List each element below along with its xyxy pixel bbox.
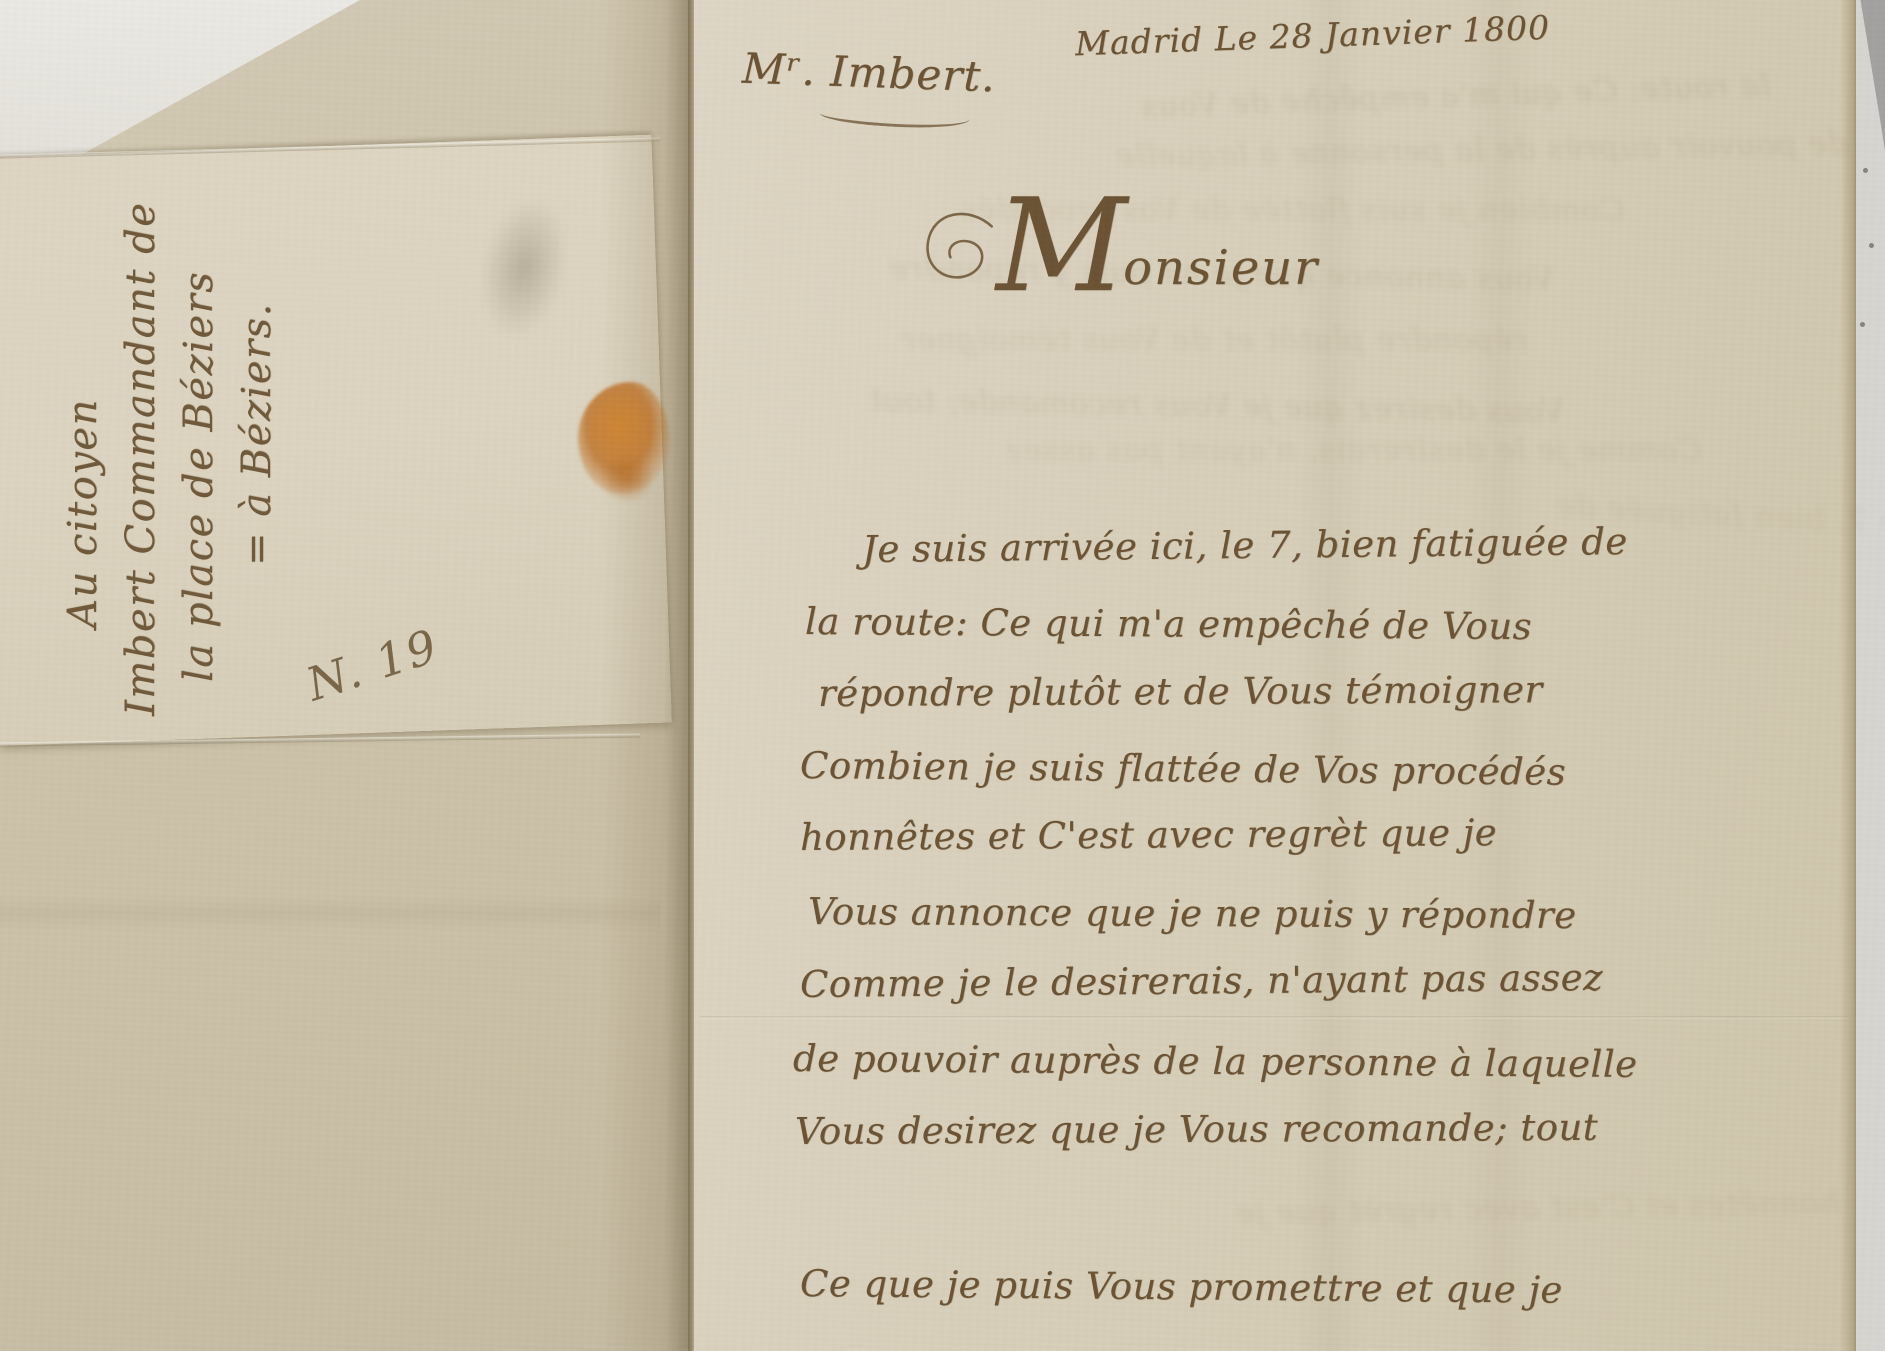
paper-discoloration bbox=[0, 895, 660, 931]
body-line: répondre plutôt et de Vous témoigner bbox=[818, 668, 1543, 715]
address-line: = à Béziers. bbox=[228, 176, 286, 566]
body-line: Ce que je puis Vous promettre et que je bbox=[800, 1262, 1563, 1312]
wax-stain bbox=[600, 455, 655, 503]
address-line: la place de Béziers bbox=[170, 176, 228, 682]
salutation-initial: M bbox=[996, 196, 1123, 298]
salutation-flourish-icon bbox=[916, 203, 1002, 291]
table-speck bbox=[1869, 243, 1874, 248]
ghost-line: répondre plutôt et de Vous témoigner bbox=[900, 322, 1528, 358]
ghost-line: Comme je le desirerais, n'ayant pas asse… bbox=[1005, 432, 1702, 468]
address-line: Imbert Commandant de bbox=[112, 176, 170, 716]
letter-photograph: Au citoyen Imbert Commandant de la place… bbox=[0, 0, 1885, 1351]
addressee: Mʳ. Imbert. bbox=[741, 44, 996, 102]
body-line: Vous annonce que je ne puis y répondre bbox=[808, 890, 1577, 937]
body-line: Combien je suis flattée de Vos procédés bbox=[800, 744, 1566, 794]
salutation: M onsieur bbox=[916, 196, 1319, 298]
table-speck bbox=[1860, 322, 1865, 327]
body-line: la route: Ce qui m'a empêché de Vous bbox=[805, 600, 1532, 648]
body-line: honnêtes et C'est avec regrèt que je bbox=[800, 811, 1497, 859]
salutation-rest: onsieur bbox=[1123, 244, 1319, 298]
body-line: Je suis arrivée ici, le 7, bien fatiguée… bbox=[862, 520, 1628, 571]
table-speck bbox=[1863, 168, 1868, 173]
address-line: Au citoyen bbox=[54, 176, 112, 628]
address-block: Au citoyen Imbert Commandant de la place… bbox=[54, 176, 286, 716]
body-line: Vous desirez que je Vous recomande; tout bbox=[795, 1106, 1598, 1153]
body-line: Comme je le desirerais, n'ayant pas asse… bbox=[800, 956, 1603, 1006]
table-surface bbox=[1856, 0, 1885, 1351]
body-line: de pouvoir auprès de la personne à laque… bbox=[793, 1037, 1638, 1086]
fold-crease-right-page bbox=[700, 1016, 1856, 1019]
page-curl-shadow bbox=[600, 0, 692, 1351]
